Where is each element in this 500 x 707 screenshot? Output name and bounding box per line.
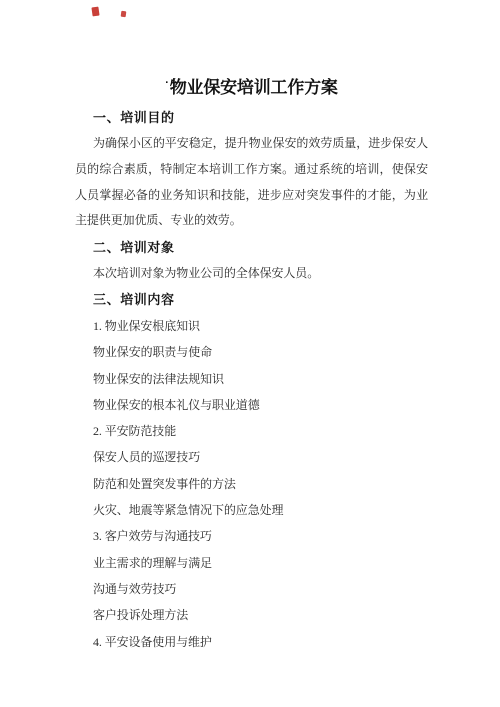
- list-item: 2. 平安防范技能: [75, 418, 428, 444]
- list-item: 保安人员的巡逻技巧: [75, 444, 428, 470]
- list-item: 物业保安的根本礼仪与职业道德: [75, 392, 428, 418]
- list-item: 防范和处置突发事件的方法: [75, 471, 428, 497]
- section-heading-training-audience: 二、培训对象: [75, 235, 428, 261]
- list-item: 物业保安的法律法规知识: [75, 366, 428, 392]
- list-item: 3. 客户效劳与沟通技巧: [75, 523, 428, 549]
- list-item: 客户投诉处理方法: [75, 602, 428, 628]
- document-page: ·物业保安培训工作方案 一、培训目的 为确保小区的平安稳定，提升物业保安的效劳质…: [0, 0, 500, 707]
- paragraph-training-purpose: 为确保小区的平安稳定，提升物业保安的效劳质量，进步保安人员的综合素质，特制定本培…: [75, 131, 428, 234]
- list-item: 物业保安的职责与使命: [75, 339, 428, 365]
- section-heading-training-content: 三、培训内容: [75, 287, 428, 313]
- document-body: ·物业保安培训工作方案 一、培训目的 为确保小区的平安稳定，提升物业保安的效劳质…: [75, 0, 428, 655]
- paragraph-training-audience: 本次培训对象为物业公司的全体保安人员。: [75, 261, 428, 287]
- list-item: 火灾、地震等紧急情况下的应急处理: [75, 497, 428, 523]
- title-leading-dot: ·: [165, 77, 168, 89]
- section-heading-training-purpose: 一、培训目的: [75, 105, 428, 131]
- list-item: 沟通与效劳技巧: [75, 576, 428, 602]
- page-title: ·物业保安培训工作方案: [75, 69, 428, 102]
- page-title-text: 物业保安培训工作方案: [170, 78, 338, 97]
- list-item: 4. 平安设备使用与维护: [75, 629, 428, 655]
- list-item: 1. 物业保安根底知识: [75, 313, 428, 339]
- list-item: 业主需求的理解与满足: [75, 550, 428, 576]
